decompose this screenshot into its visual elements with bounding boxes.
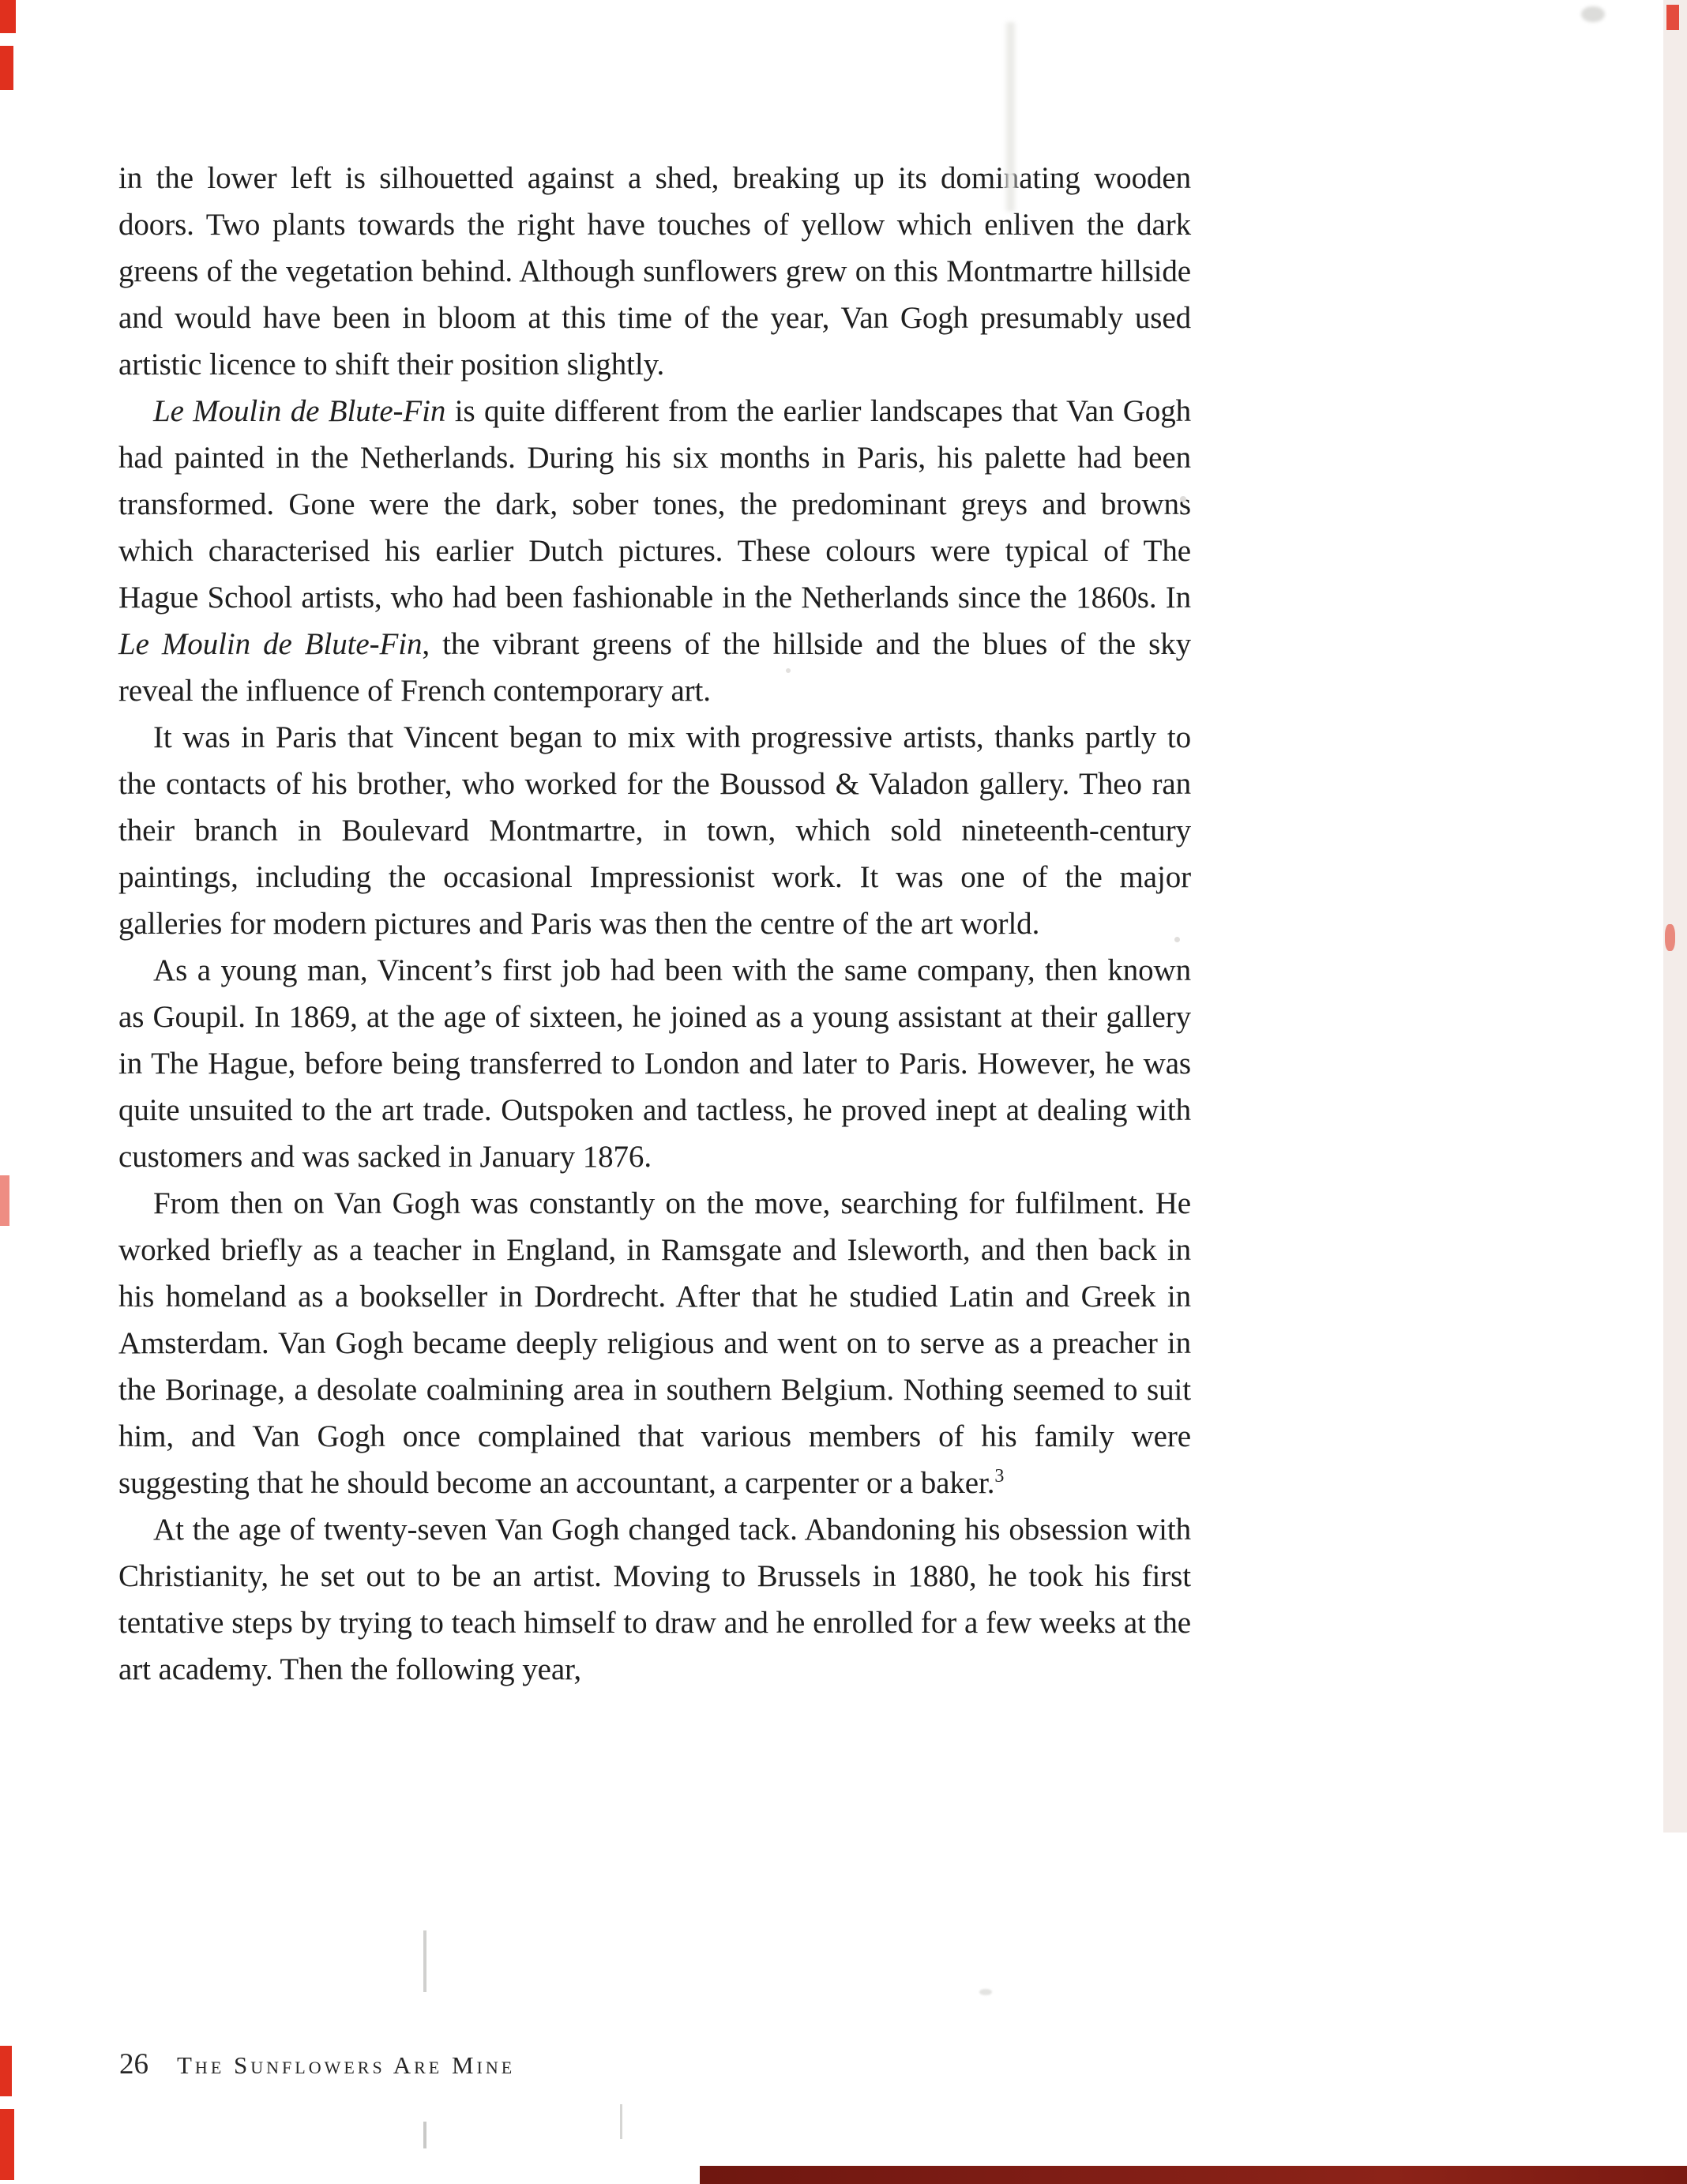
scan-speck xyxy=(979,1989,992,1995)
page-footer: 26 The Sunflowers Are Mine xyxy=(119,2049,515,2081)
text-segment: in the lower left is silhouetted against… xyxy=(118,161,1191,382)
body-paragraph: From then on Van Gogh was constantly on … xyxy=(118,1180,1191,1506)
page-number: 26 xyxy=(119,2049,148,2081)
scan-artifact-right-red-dot xyxy=(1665,924,1675,951)
text-segment: As a young man, Vincent’s first job had … xyxy=(118,953,1191,1174)
text-segment: Le Moulin de Blute-Fin xyxy=(153,394,445,428)
body-paragraph: Le Moulin de Blute-Fin is quite differen… xyxy=(118,388,1191,714)
scan-speck xyxy=(620,2104,622,2139)
body-paragraph: It was in Paris that Vincent began to mi… xyxy=(118,714,1191,947)
text-segment: From then on Van Gogh was constantly on … xyxy=(118,1186,1191,1500)
text-block: in the lower left is silhouetted against… xyxy=(118,155,1191,1693)
scan-artifact-gray-smudge xyxy=(1581,6,1605,22)
text-segment: It was in Paris that Vincent began to mi… xyxy=(118,720,1191,941)
scan-speck xyxy=(423,1930,426,1992)
scan-artifact-right-edge-band xyxy=(1663,0,1687,1833)
body-paragraph: in the lower left is silhouetted against… xyxy=(118,155,1191,388)
text-segment: At the age of twenty-seven Van Gogh chan… xyxy=(118,1513,1191,1686)
text-segment: Le Moulin de Blute-Fin xyxy=(118,627,422,661)
scan-artifact-left-red-dash xyxy=(0,0,16,33)
scan-artifact-left-red-dash xyxy=(0,2046,12,2096)
scan-speck xyxy=(423,2122,426,2148)
scan-artifact-right-red-dash xyxy=(1666,5,1679,30)
body-paragraph: At the age of twenty-seven Van Gogh chan… xyxy=(118,1506,1191,1693)
body-paragraph: As a young man, Vincent’s first job had … xyxy=(118,947,1191,1180)
scan-artifact-left-red-dash xyxy=(0,2109,14,2180)
scan-artifact-bottom-maroon-band xyxy=(700,2166,1687,2184)
book-page-scan: in the lower left is silhouetted against… xyxy=(0,0,1687,2184)
footnote-marker: 3 xyxy=(994,1466,1004,1487)
scan-artifact-left-red-dash xyxy=(0,1175,9,1226)
running-title: The Sunflowers Are Mine xyxy=(177,2050,515,2081)
scan-artifact-left-red-dash xyxy=(0,46,13,90)
